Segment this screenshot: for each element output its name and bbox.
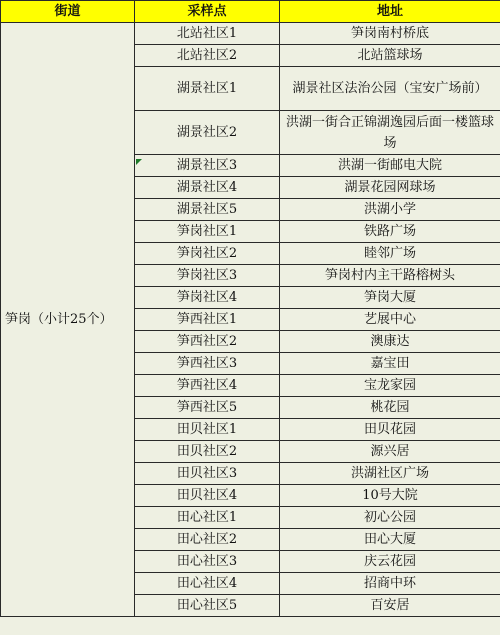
point-cell: 笋岗社区3 (135, 265, 280, 287)
point-cell: 田心社区2 (135, 529, 280, 551)
sampling-points-table: 街道 采样点 地址 笋岗（小计25个） 北站社区1 笋岗南村桥底 北站社区2北站… (0, 0, 500, 617)
address-cell: 洪湖一街合正锦湖逸园后面一楼篮球场 (280, 111, 500, 155)
point-cell: 笋西社区4 (135, 375, 280, 397)
header-street: 街道 (1, 1, 135, 23)
comment-marker-icon (136, 159, 142, 165)
point-cell: 田贝社区3 (135, 463, 280, 485)
address-cell: 初心公园 (280, 507, 500, 529)
point-cell: 湖景社区2 (135, 111, 280, 155)
point-cell: 田心社区3 (135, 551, 280, 573)
address-cell: 北站篮球场 (280, 45, 500, 67)
address-cell: 源兴居 (280, 441, 500, 463)
point-cell: 笋岗社区1 (135, 221, 280, 243)
point-cell: 笋西社区5 (135, 397, 280, 419)
address-cell: 田心大厦 (280, 529, 500, 551)
address-cell: 笋岗南村桥底 (280, 23, 500, 45)
address-cell: 笋岗大厦 (280, 287, 500, 309)
point-cell: 田心社区1 (135, 507, 280, 529)
header-address: 地址 (280, 1, 500, 23)
point-cell: 湖景社区4 (135, 177, 280, 199)
address-cell: 睦邻广场 (280, 243, 500, 265)
address-cell: 田贝花园 (280, 419, 500, 441)
address-cell: 艺展中心 (280, 309, 500, 331)
point-cell: 湖景社区1 (135, 67, 280, 111)
address-cell: 洪湖社区广场 (280, 463, 500, 485)
point-cell: 笋岗社区2 (135, 243, 280, 265)
address-cell: 湖景社区法治公园（宝安广场前） (280, 67, 500, 111)
address-cell: 笋岗村内主干路榕树头 (280, 265, 500, 287)
address-cell: 嘉宝田 (280, 353, 500, 375)
street-cell: 笋岗（小计25个） (1, 23, 135, 617)
address-cell: 庆云花园 (280, 551, 500, 573)
point-cell: 笋西社区3 (135, 353, 280, 375)
point-cell: 湖景社区3 (135, 155, 280, 177)
point-cell: 田心社区4 (135, 573, 280, 595)
table-row: 笋岗（小计25个） 北站社区1 笋岗南村桥底 (1, 23, 500, 45)
address-cell: 洪湖一街邮电大院 (280, 155, 500, 177)
point-cell: 田心社区5 (135, 595, 280, 617)
point-cell: 笋西社区1 (135, 309, 280, 331)
header-row: 街道 采样点 地址 (1, 1, 500, 23)
address-cell: 宝龙家园 (280, 375, 500, 397)
point-cell: 田贝社区1 (135, 419, 280, 441)
header-sampling-point: 采样点 (135, 1, 280, 23)
address-cell: 洪湖小学 (280, 199, 500, 221)
address-cell: 百安居 (280, 595, 500, 617)
address-cell: 湖景花园网球场 (280, 177, 500, 199)
point-cell: 北站社区2 (135, 45, 280, 67)
point-cell: 北站社区1 (135, 23, 280, 45)
address-cell: 澳康达 (280, 331, 500, 353)
address-cell: 桃花园 (280, 397, 500, 419)
point-cell: 田贝社区4 (135, 485, 280, 507)
point-cell: 湖景社区5 (135, 199, 280, 221)
point-cell: 田贝社区2 (135, 441, 280, 463)
address-cell: 10号大院 (280, 485, 500, 507)
address-cell: 铁路广场 (280, 221, 500, 243)
address-cell: 招商中环 (280, 573, 500, 595)
point-cell: 笋西社区2 (135, 331, 280, 353)
point-cell: 笋岗社区4 (135, 287, 280, 309)
